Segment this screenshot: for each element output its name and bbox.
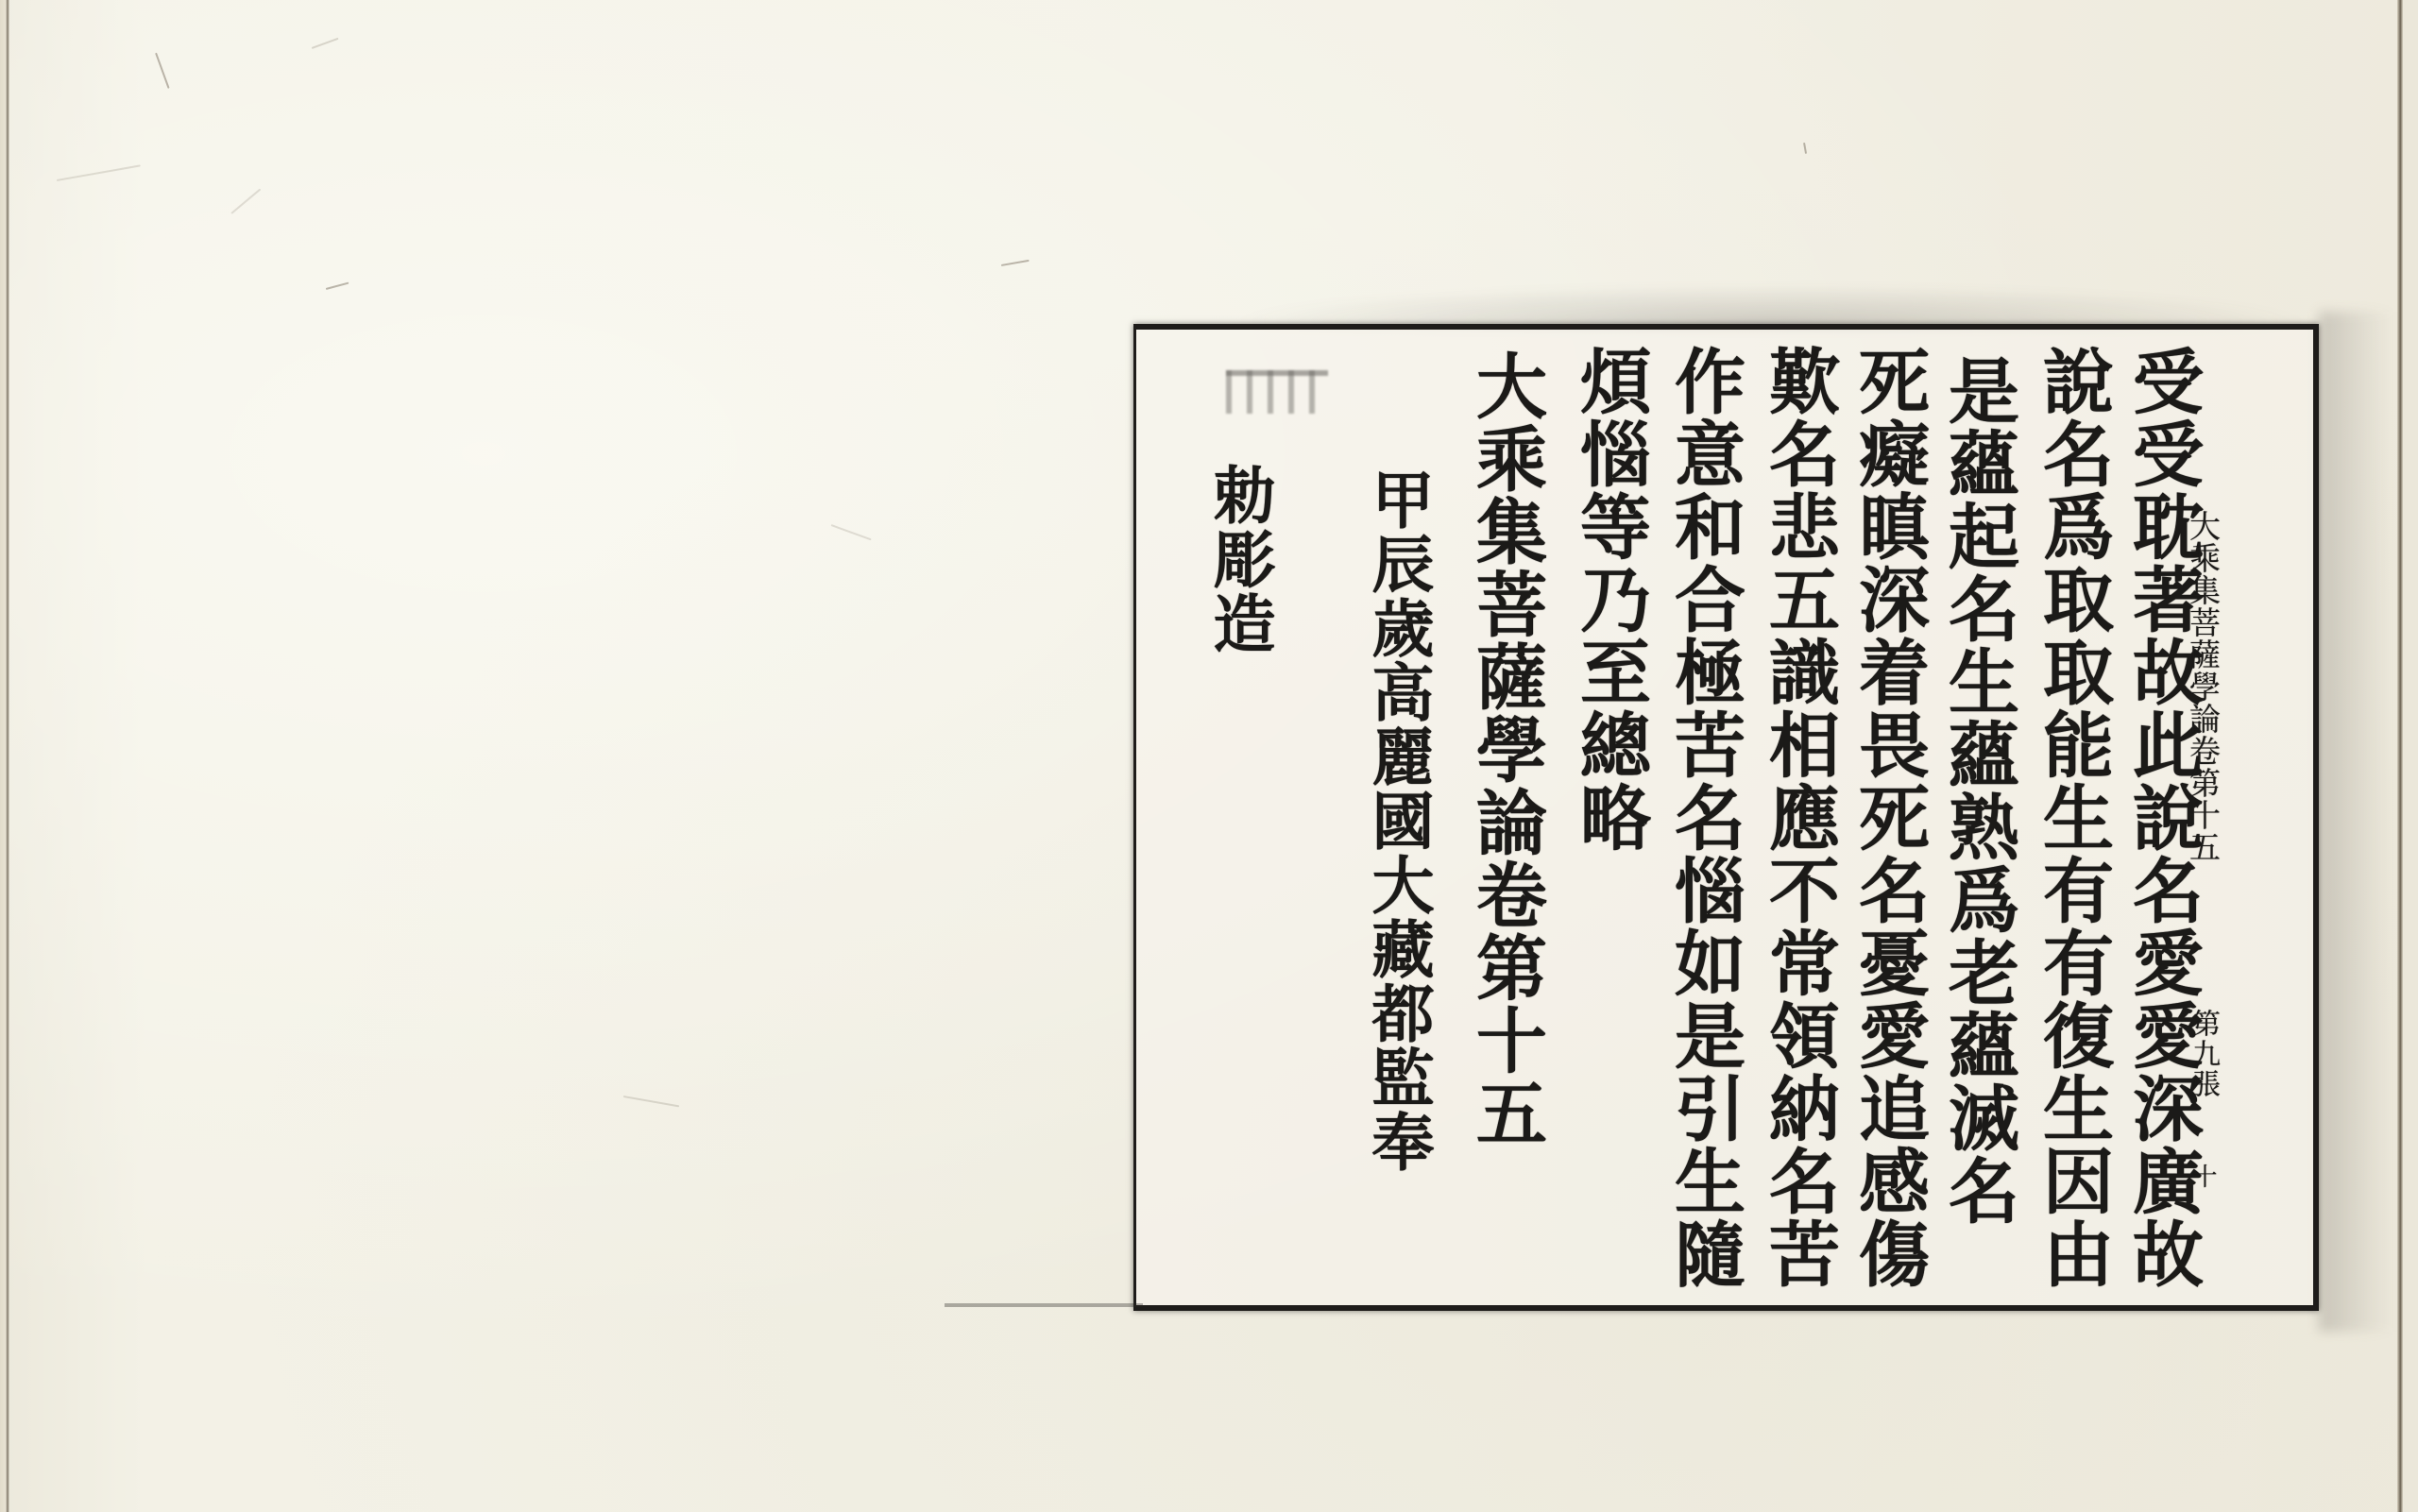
colophon-title: 大乘集菩薩學論卷第十五 [1464,349,1549,1149]
colophon-date-line: 甲辰歲高麗國大藏都監奉 [1360,467,1436,1174]
text-column-2: 說名爲取取能生有有復生因由 [2031,345,2116,1290]
page-label: 第九張 [2184,1009,2222,1099]
text-column-7: 煩惱等乃至總略 [1568,345,1653,854]
text-column-5: 歎名悲五識相應不常領納名苦 [1757,345,1842,1290]
adjacent-page-strip [2403,0,2418,1512]
frame-bottom-line-extension [945,1303,1143,1307]
text-column-6: 作意和合極苦名惱如是引生隨 [1662,345,1747,1290]
faded-block-mark [1226,370,1328,414]
colophon-carving-line: 勅彫造 [1201,463,1277,655]
left-page-edge [0,0,9,1512]
page-number-mark: 十 [2184,1164,2222,1190]
ink-smudge-right [2319,312,2394,1332]
text-column-3: 是蘊起名生蘊熟爲老蘊滅名 [1936,354,2021,1227]
text-column-4: 死癡瞋深着畏死名憂愛追感傷 [1847,345,1932,1290]
running-header-annotation: 大乘集菩薩學論卷第十五 [2184,510,2222,863]
